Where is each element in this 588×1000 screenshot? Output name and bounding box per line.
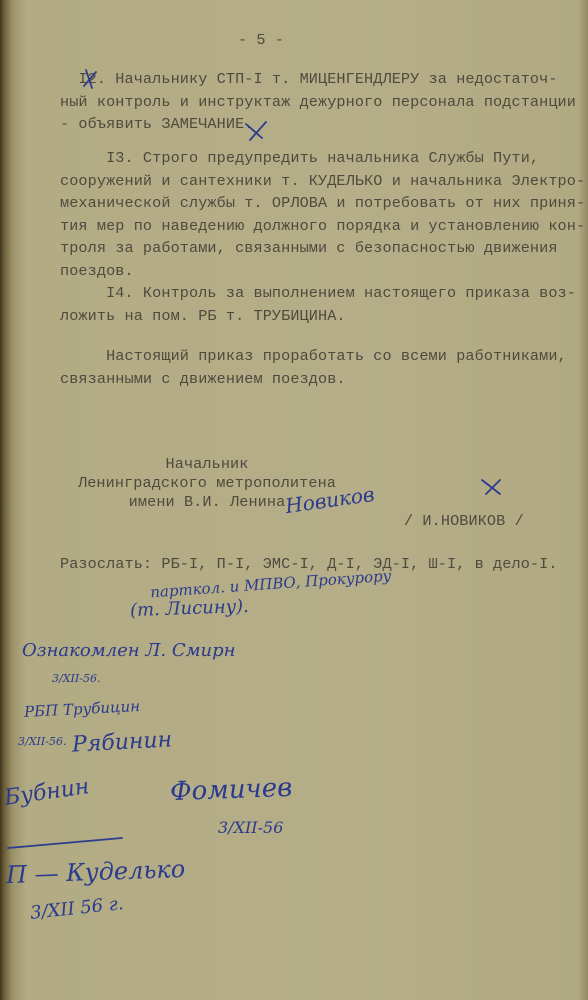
document-page: - 5 - I2. Начальнику СТП-I т. МИЦЕНГЕНДЛ… (0, 0, 588, 1000)
pen-marks (0, 0, 588, 1000)
check-mark-icon (482, 480, 500, 494)
check-mark-icon (84, 70, 96, 88)
check-mark-icon (246, 122, 266, 140)
